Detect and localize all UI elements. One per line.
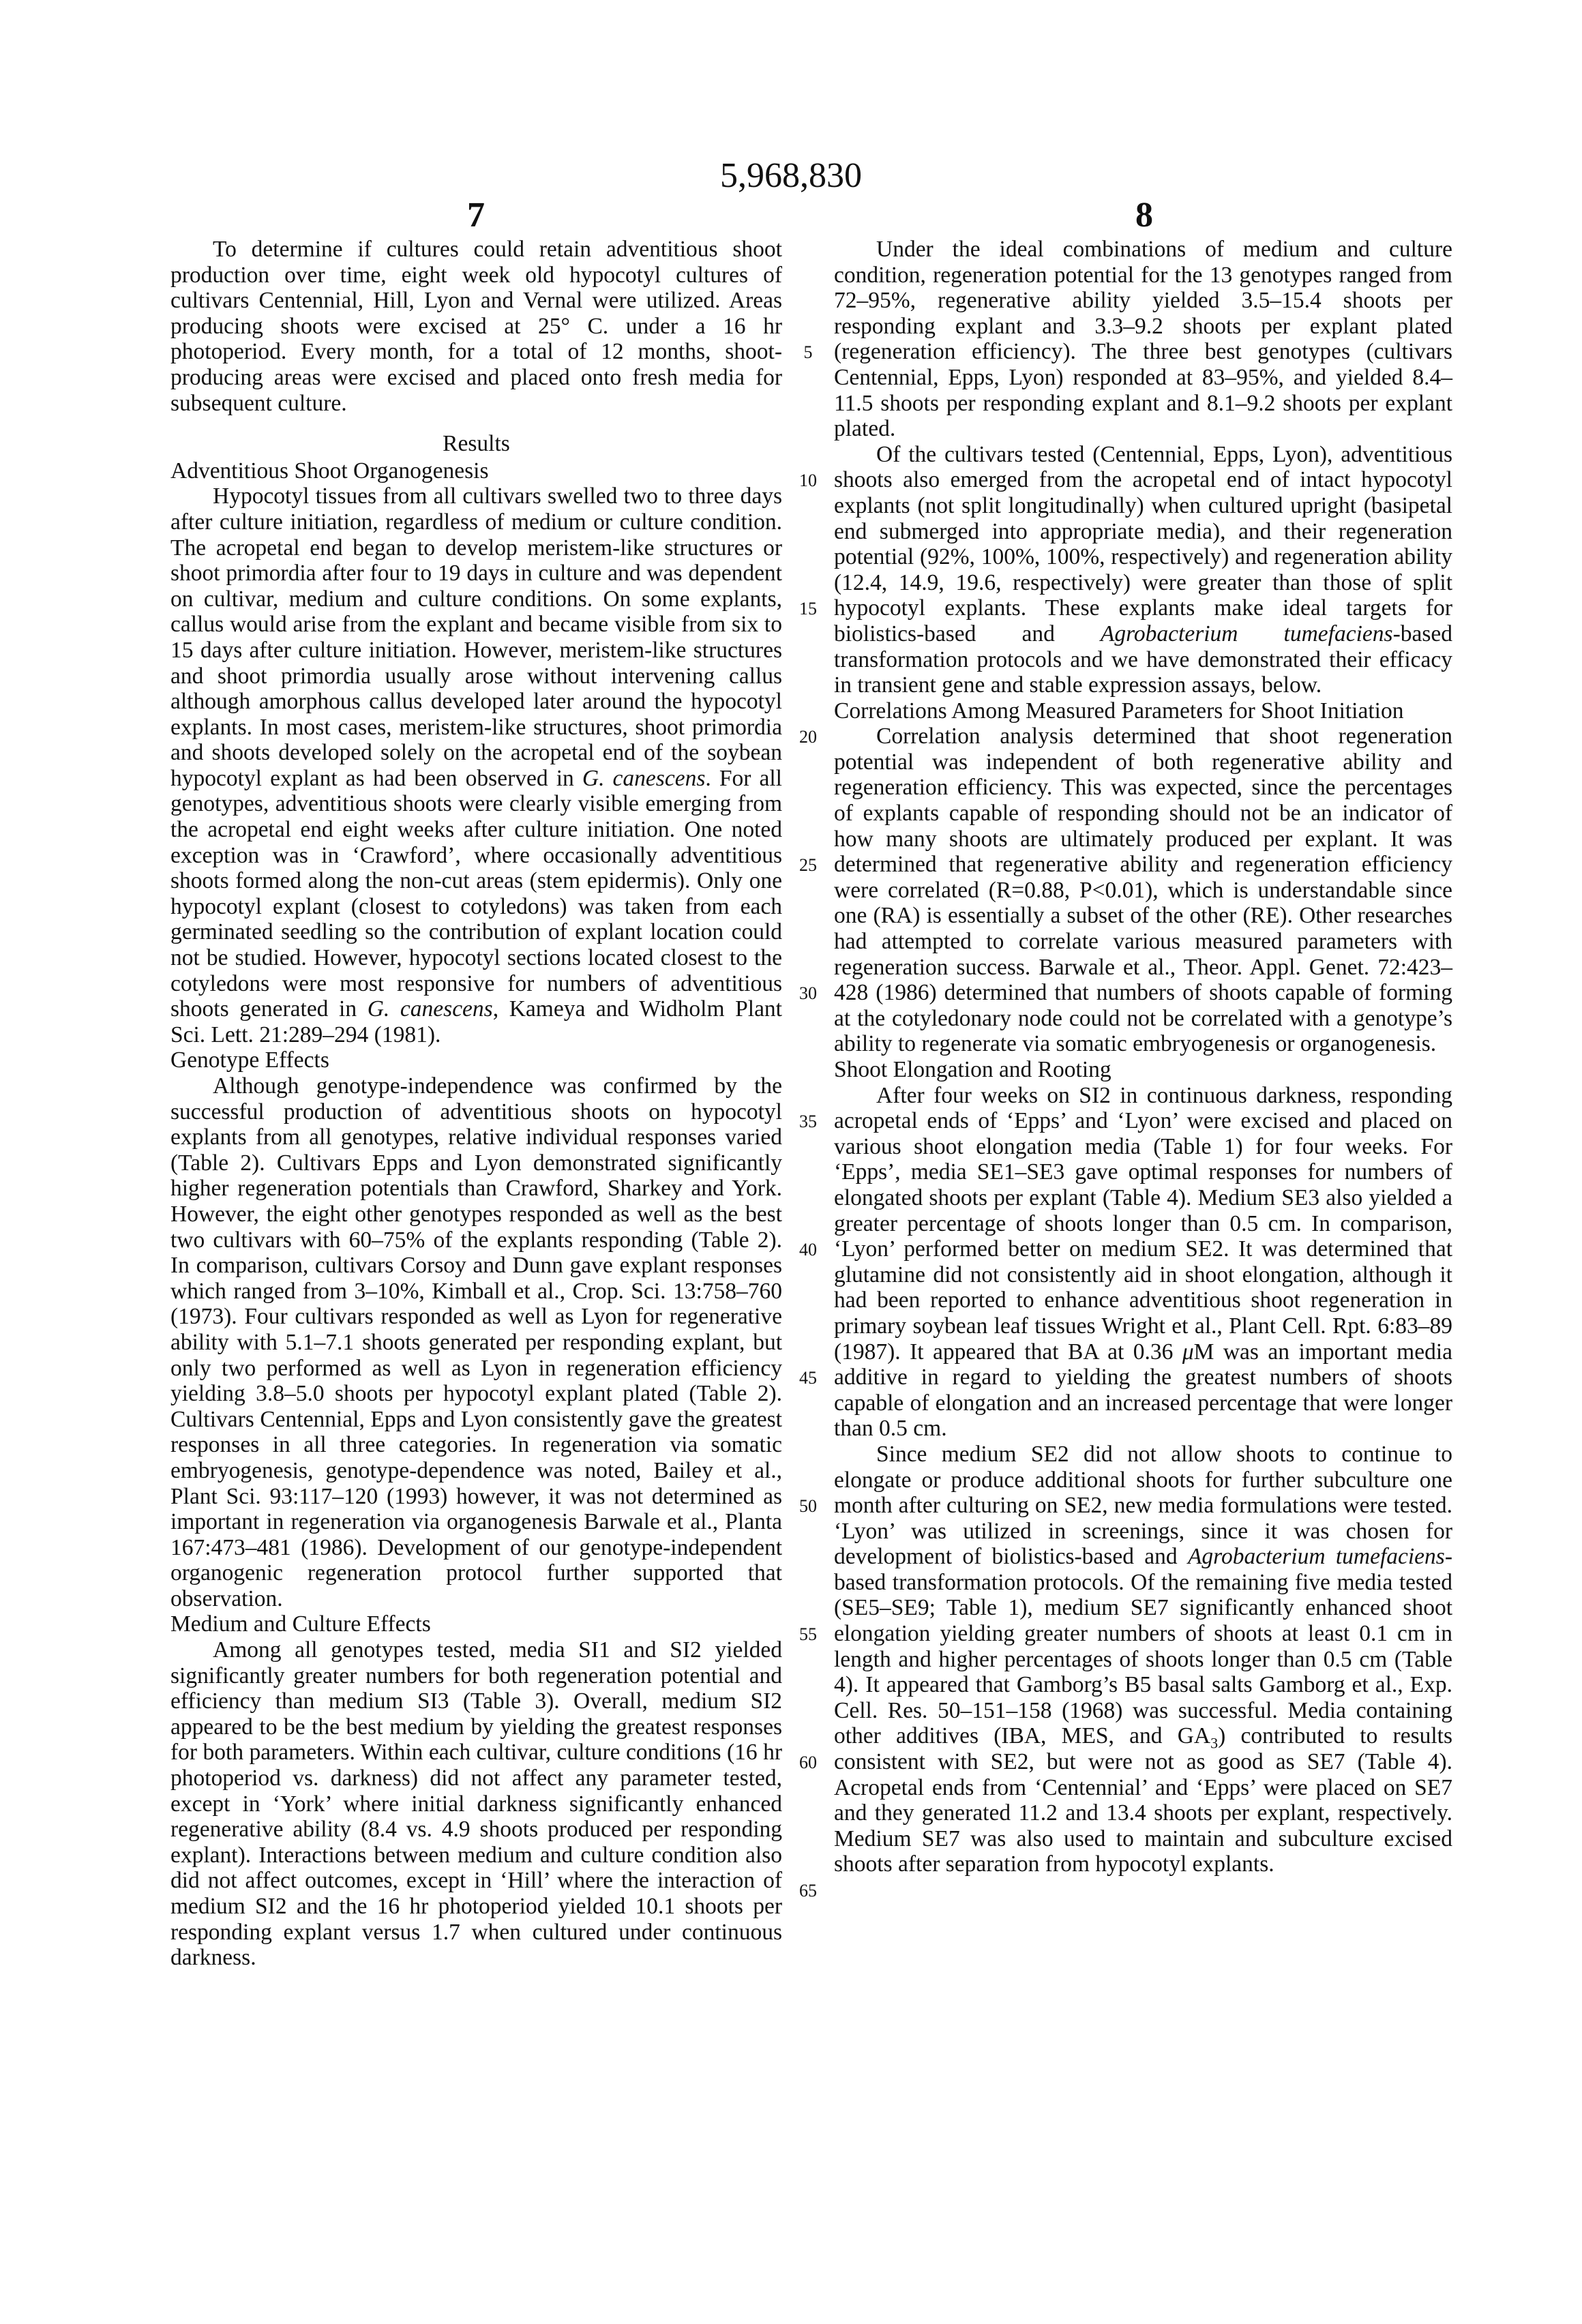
line-number: 35 <box>788 1112 829 1132</box>
species-name: G. canescens <box>582 766 705 791</box>
text-span: Of the cultivars tested (Centennial, Epp… <box>834 442 1452 646</box>
column-number-left: 7 <box>408 195 544 235</box>
subheading-adventitious-shoot-organogenesis: Adventitious Shoot Organogenesis <box>170 458 782 484</box>
species-name: Agrobacterium tumefaciens <box>1188 1544 1445 1569</box>
paragraph-medium-culture-effects: Among all genotypes tested, media SI1 an… <box>170 1637 782 1971</box>
left-column: To determine if cultures could retain ad… <box>170 237 782 1971</box>
right-column: Under the ideal combinations of medium a… <box>834 237 1452 1877</box>
line-number: 45 <box>788 1368 829 1388</box>
line-number: 55 <box>788 1624 829 1645</box>
section-heading-results: Results <box>170 431 782 457</box>
text-span: . For all genotypes, adventitious shoots… <box>170 766 782 1022</box>
line-number: 30 <box>788 983 829 1004</box>
subheading-medium-culture-effects: Medium and Culture Effects <box>170 1611 782 1637</box>
line-number: 65 <box>788 1881 829 1901</box>
subheading-correlations: Correlations Among Measured Parameters f… <box>834 698 1452 724</box>
paragraph-new-media-formulations: Since medium SE2 did not allow shoots to… <box>834 1442 1452 1877</box>
paragraph-shoot-elongation: After four weeks on SI2 in continuous da… <box>834 1083 1452 1442</box>
line-number: 50 <box>788 1496 829 1517</box>
line-number: 60 <box>788 1753 829 1773</box>
text-span: -based transformation protocols. Of the … <box>834 1544 1452 1748</box>
species-name: G. canescens <box>368 996 493 1022</box>
text-span: After four weeks on SI2 in continuous da… <box>834 1083 1452 1365</box>
column-number-right: 8 <box>1076 195 1212 235</box>
paragraph-genotype-effects: Although genotype-independence was confi… <box>170 1073 782 1611</box>
line-number: 5 <box>788 342 829 363</box>
paragraph-hypocotyl-tissues: Hypocotyl tissues from all cultivars swe… <box>170 483 782 1047</box>
line-number: 40 <box>788 1240 829 1260</box>
line-number: 20 <box>788 727 829 747</box>
text-span: Hypocotyl tissues from all cultivars swe… <box>170 483 782 791</box>
subheading-shoot-elongation-rooting: Shoot Elongation and Rooting <box>834 1057 1452 1083</box>
paragraph-culture-retention: To determine if cultures could retain ad… <box>170 237 782 416</box>
line-number: 25 <box>788 855 829 876</box>
subheading-genotype-effects: Genotype Effects <box>170 1047 782 1073</box>
line-number: 10 <box>788 471 829 491</box>
species-name: Agrobacterium tumefaciens <box>1101 621 1393 646</box>
patent-number: 5,968,830 <box>0 155 1582 196</box>
line-number: 15 <box>788 599 829 619</box>
micro-symbol: μ <box>1182 1339 1194 1365</box>
paragraph-correlation-analysis: Correlation analysis determined that sho… <box>834 724 1452 1057</box>
paragraph-intact-hypocotyl: Of the cultivars tested (Centennial, Epp… <box>834 442 1452 698</box>
paragraph-ideal-combinations: Under the ideal combinations of medium a… <box>834 237 1452 442</box>
